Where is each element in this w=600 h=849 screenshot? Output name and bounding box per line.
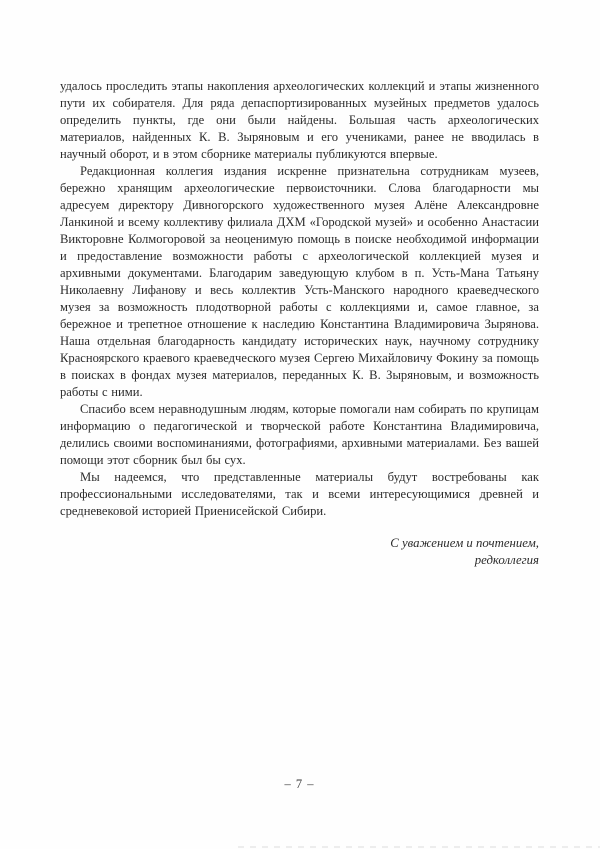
signature-line-2: редколлегия <box>60 552 539 569</box>
signature-block: С уважением и почтением, редколлегия <box>60 535 539 569</box>
scan-artifact-line <box>238 846 600 848</box>
paragraph-4: Мы надеемся, что представленные материал… <box>60 469 539 520</box>
paragraph-1: удалось проследить этапы накопления архе… <box>60 78 539 163</box>
paragraph-3: Спасибо всем неравнодушным людям, которы… <box>60 401 539 469</box>
document-page: удалось проследить этапы накопления архе… <box>0 0 600 849</box>
text-block: удалось проследить этапы накопления архе… <box>60 78 539 569</box>
page-number: – 7 – <box>60 777 539 791</box>
paragraph-2: Редакционная коллегия издания искренне п… <box>60 163 539 401</box>
signature-line-1: С уважением и почтением, <box>60 535 539 552</box>
